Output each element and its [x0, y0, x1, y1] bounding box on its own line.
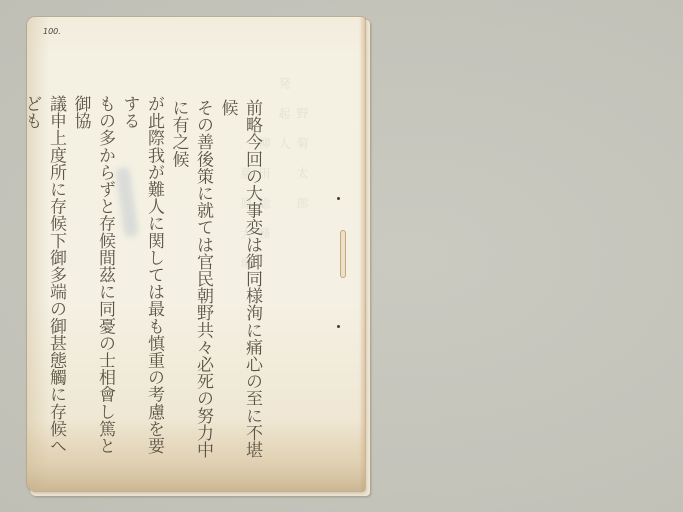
binding-hole — [337, 197, 340, 200]
text-column-1: 前略今回の大事変は御同様洵に痛心の至に不堪候 — [215, 99, 264, 465]
bleed-through-text: 野 菊 太 郎 — [295, 107, 309, 212]
text-column-2: その善後策に就ては官民朝野共々必死の努力中に有之候 — [166, 99, 215, 465]
text-column-3: が此際我が難人に関しては最も慎重の考慮を要する — [117, 95, 166, 465]
text-column-5: 議申上度所に存候下御多端の御甚態觸に存候へども — [27, 95, 68, 465]
bleed-through-text: 発 起 人 — [277, 77, 291, 152]
text-column-4: もの多からずと存候間茲に同憂の士相會し篤と御協 — [68, 95, 117, 465]
binding-hole — [337, 325, 340, 328]
page-right-edge — [359, 17, 365, 491]
page-number: 100. — [43, 27, 61, 36]
document-page: 発 起 人 野 菊 太 郎 柳 田 総 務 藤 原 大 塚 100. 前略今回の… — [27, 17, 365, 491]
staple-mark — [340, 230, 346, 278]
handwritten-letter: 前略今回の大事変は御同様洵に痛心の至に不堪候 その善後策に就ては官民朝野共々必死… — [29, 95, 266, 465]
